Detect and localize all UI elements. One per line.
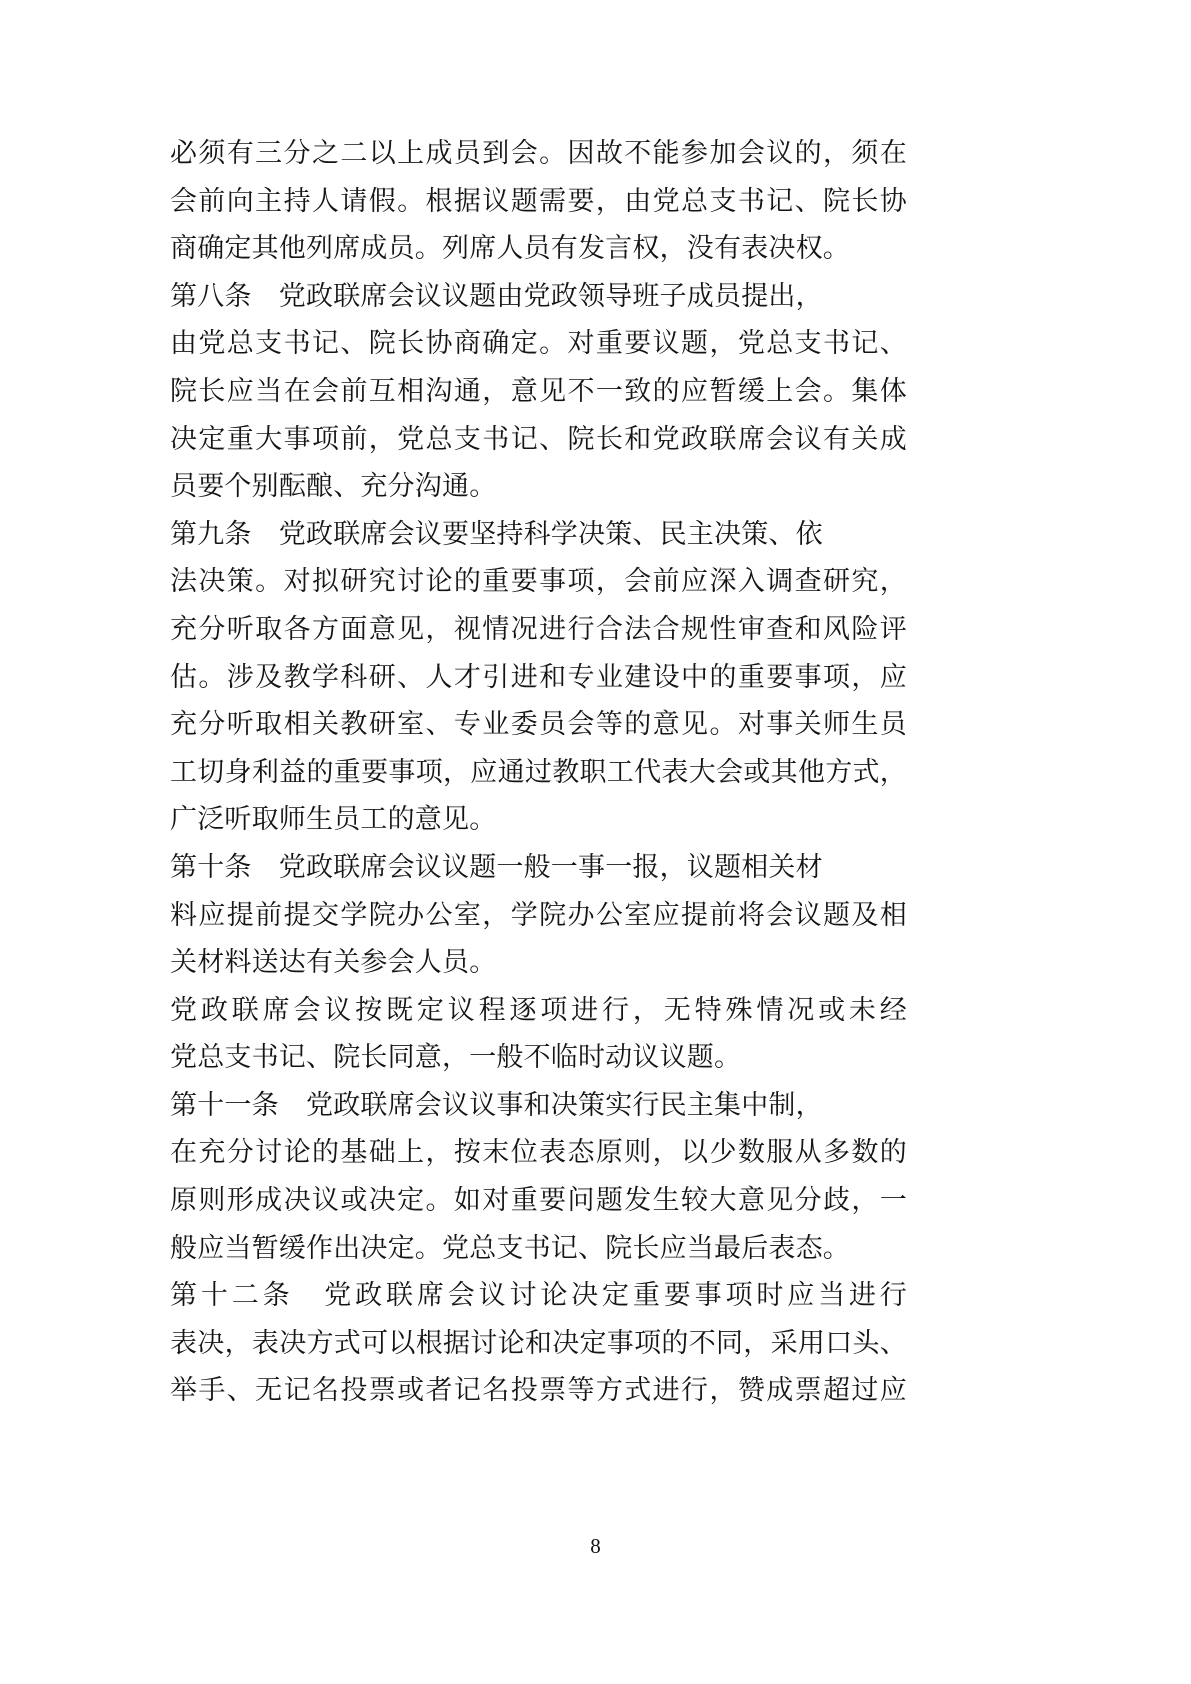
text-line: 党政联席会议按既定议程逐项进行，无特殊情况或未经 bbox=[170, 987, 907, 1035]
text-line-article-12: 第十二条 党政联席会议讨论决定重要事项时应当进行 bbox=[170, 1272, 907, 1320]
text-line-article-9: 第九条 党政联席会议要坚持科学决策、民主决策、依 bbox=[170, 511, 907, 559]
text-line: 会前向主持人请假。根据议题需要，由党总支书记、院长协 bbox=[170, 178, 907, 226]
text-line: 估。涉及教学科研、人才引进和专业建设中的重要事项，应 bbox=[170, 654, 907, 702]
text-line: 党总支书记、院长同意，一般不临时动议议题。 bbox=[170, 1034, 907, 1082]
text-line: 举手、无记名投票或者记名投票等方式进行，赞成票超过应 bbox=[170, 1367, 907, 1415]
text-line: 充分听取各方面意见，视情况进行合法合规性审查和风险评 bbox=[170, 606, 907, 654]
text-line: 必须有三分之二以上成员到会。因故不能参加会议的，须在 bbox=[170, 130, 907, 178]
text-line: 般应当暂缓作出决定。党总支书记、院长应当最后表态。 bbox=[170, 1225, 907, 1273]
text-line: 法决策。对拟研究讨论的重要事项，会前应深入调查研究， bbox=[170, 558, 907, 606]
text-line: 员要个别酝酿、充分沟通。 bbox=[170, 463, 907, 511]
text-block: 必须有三分之二以上成员到会。因故不能参加会议的，须在 会前向主持人请假。根据议题… bbox=[170, 130, 907, 1415]
text-line: 充分听取相关教研室、专业委员会等的意见。对事关师生员 bbox=[170, 701, 907, 749]
text-line: 决定重大事项前，党总支书记、院长和党政联席会议有关成 bbox=[170, 416, 907, 464]
text-line-article-8: 第八条 党政联席会议议题由党政领导班子成员提出， bbox=[170, 273, 907, 321]
document-page: 必须有三分之二以上成员到会。因故不能参加会议的，须在 会前向主持人请假。根据议题… bbox=[0, 0, 1191, 1684]
text-line: 广泛听取师生员工的意见。 bbox=[170, 796, 907, 844]
text-line: 在充分讨论的基础上，按末位表态原则，以少数服从多数的 bbox=[170, 1129, 907, 1177]
page-number: 8 bbox=[590, 1534, 601, 1558]
text-line: 关材料送达有关参会人员。 bbox=[170, 939, 907, 987]
text-line: 院长应当在会前互相沟通，意见不一致的应暂缓上会。集体 bbox=[170, 368, 907, 416]
text-line: 料应提前提交学院办公室，学院办公室应提前将会议题及相 bbox=[170, 892, 907, 940]
text-line: 工切身利益的重要事项，应通过教职工代表大会或其他方式， bbox=[170, 749, 907, 797]
text-line-article-10: 第十条 党政联席会议议题一般一事一报，议题相关材 bbox=[170, 844, 907, 892]
text-line: 表决，表决方式可以根据讨论和决定事项的不同，采用口头、 bbox=[170, 1320, 907, 1368]
text-line-article-11: 第十一条 党政联席会议议事和决策实行民主集中制， bbox=[170, 1082, 907, 1130]
page-footer: 8 bbox=[0, 1534, 1191, 1559]
text-line: 商确定其他列席成员。列席人员有发言权，没有表决权。 bbox=[170, 225, 907, 273]
text-line: 由党总支书记、院长协商确定。对重要议题，党总支书记、 bbox=[170, 320, 907, 368]
text-line: 原则形成决议或决定。如对重要问题发生较大意见分歧，一 bbox=[170, 1177, 907, 1225]
